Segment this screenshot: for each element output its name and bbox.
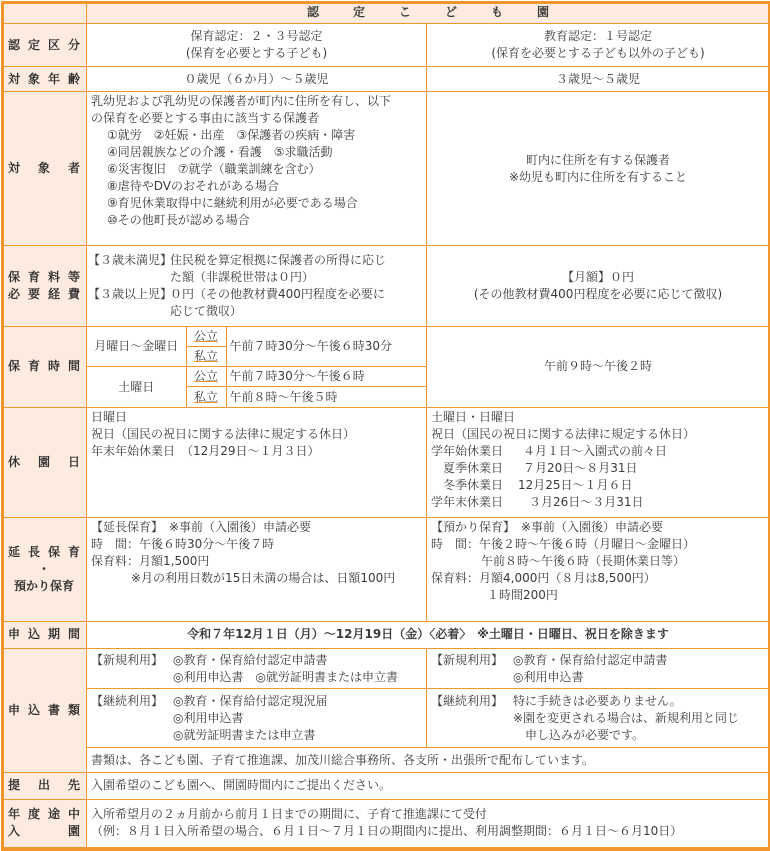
row-label-nendo-tochu: 年 度 途 中 入 園 <box>2 799 87 847</box>
shinki-hoiku: 【新規利用】◎教育・保育給付認定申請書 ◎利用申込書 ◎就労証明書または申立書 <box>87 649 427 689</box>
row-kyuenbi: 休 園 日 日曜日 祝日（国民の祝日に関する法律に規定する休日） 年末年始休業日… <box>2 407 770 518</box>
kyuenbi-hoiku: 日曜日 祝日（国民の祝日に関する法律に規定する休日） 年末年始休業日 （12月2… <box>87 407 427 518</box>
row-encho: 延 長 保 育 ・ 預かり保育 【延長保育】 ※事前（入園後）申請必要 時 間：… <box>2 518 770 621</box>
row-label-taisho-nenrei: 対 象 年 齢 <box>2 67 87 92</box>
header-corner-cell <box>2 2 87 24</box>
azukari-kyoiku: 【預かり保育】 ※事前（入園後）申請必要 時 間：午後２時～午後６時（月曜日～金… <box>427 518 770 621</box>
weekday-time: 午前７時30分～午後６時30分 <box>226 327 426 367</box>
teishutsusaki-value: 入園希望のこども園へ、開園時間内にご提出ください。 <box>87 772 770 799</box>
table-title: 認 定 こ ど も 園 <box>91 4 765 21</box>
weekday-public-label: 公立 <box>186 327 226 347</box>
kyuenbi-kyoiku: 土曜日・日曜日 祝日（国民の祝日に関する法律に規定する休日） 学年始休業日４月１… <box>427 407 770 518</box>
row-hoikuryo: 保 育 料 等 必 要 経 費 【３歳未満児】住民税を算定根拠に保護者の所得に応… <box>2 246 770 326</box>
header-row: 認 定 こ ど も 園 <box>2 2 770 24</box>
taisho-nenrei-kyoiku: ３歳児～５歳児 <box>427 67 770 92</box>
row-taishosha: 対 象 者 乳幼児および乳幼児の保護者が町内に住所を有し、以下 の保育を必要とす… <box>2 92 770 246</box>
row-label-hoiku-jikan: 保 育 時 間 <box>2 326 87 407</box>
row-label-moshikomi-kikan: 申 込 期 間 <box>2 621 87 648</box>
row-taisho-nenrei: 対 象 年 齢 ０歳児（６か月）～５歳児 ３歳児～５歳児 <box>2 67 770 92</box>
row-moshikomi-shorui-keizoku: 【継続利用】◎教育・保育給付認定現況届 ◎利用申込書 ◎就労証明書または申立書 … <box>2 689 770 748</box>
row-label-encho: 延 長 保 育 ・ 預かり保育 <box>2 518 87 621</box>
hoiku-jikan-hoiku: 月曜日～金曜日 公立 午前７時30分～午後６時30分 私立 土曜日 公立 午前７… <box>87 326 427 407</box>
row-label-teishutsusaki: 提 出 先 <box>2 772 87 799</box>
moshikomi-kikan-value: 令和７年12月１日（月）～12月19日（金）〈必着〉 ※土曜日・日曜日、祝日を除… <box>87 621 770 648</box>
header-title-cell: 認 定 こ ど も 園 <box>87 2 770 24</box>
row-nendo-tochu: 年 度 途 中 入 園 入所希望月の２ヵ月前から前月１日までの期間に、子育て推進… <box>2 799 770 847</box>
taishosha-kyoiku: 町内に住所を有する保護者 ※幼児も町内に住所を有すること <box>427 92 770 246</box>
shorui-haifu-note: 書類は、各こども園、子育て推進課、加茂川総合事務所、各支所・出張所で配布していま… <box>87 748 770 772</box>
encho-hoiku: 【延長保育】 ※事前（入園後）申請必要 時 間：午後６時30分～午後７時 保育料… <box>87 518 427 621</box>
keizoku-hoiku: 【継続利用】◎教育・保育給付認定現況届 ◎利用申込書 ◎就労証明書または申立書 <box>87 689 427 748</box>
hoikuryo-hoiku: 【３歳未満児】住民税を算定根拠に保護者の所得に応じ た額（非課税世帯は０円） 【… <box>87 246 427 326</box>
row-nintei-kubun: 認 定 区 分 保育認定：２・３号認定 (保育を必要とする子ども) 教育認定：１… <box>2 24 770 67</box>
row-label-kyuenbi: 休 園 日 <box>2 407 87 518</box>
weekday-label: 月曜日～金曜日 <box>87 327 186 367</box>
row-teishutsusaki: 提 出 先 入園希望のこども園へ、開園時間内にご提出ください。 <box>2 772 770 799</box>
row-hoiku-jikan: 保 育 時 間 月曜日～金曜日 公立 午前７時30分～午後６時30分 私立 土曜… <box>2 326 770 407</box>
kodomoen-info-table: 認 定 こ ど も 園 認 定 区 分 保育認定：２・３号認定 (保育を必要とす… <box>1 1 770 848</box>
weekday-private-label: 私立 <box>186 347 226 367</box>
shinki-kyoiku: 【新規利用】◎教育・保育給付認定申請書 ◎利用申込書 <box>427 649 770 689</box>
saturday-public-label: 公立 <box>186 367 226 387</box>
nintei-kubun-kyoiku: 教育認定：１号認定 (保育を必要とする子ども以外の子ども) <box>427 24 770 67</box>
saturday-public-time: 午前７時30分～午後６時 <box>226 367 426 387</box>
hoiku-jikan-subtable: 月曜日～金曜日 公立 午前７時30分～午後６時30分 私立 土曜日 公立 午前７… <box>87 327 426 407</box>
saturday-private-label: 私立 <box>186 387 226 407</box>
nendo-tochu-value: 入所希望月の２ヵ月前から前月１日までの期間に、子育て推進課にて受付 （例：８月１… <box>87 799 770 847</box>
saturday-label: 土曜日 <box>87 367 186 407</box>
row-moshikomi-shorui-note: 書類は、各こども園、子育て推進課、加茂川総合事務所、各支所・出張所で配布していま… <box>2 748 770 772</box>
row-label-taishosha: 対 象 者 <box>2 92 87 246</box>
saturday-private-time: 午前８時～午後５時 <box>226 387 426 407</box>
taisho-nenrei-hoiku: ０歳児（６か月）～５歳児 <box>87 67 427 92</box>
taishosha-hoiku: 乳幼児および乳幼児の保護者が町内に住所を有し、以下 の保育を必要とする事由に該当… <box>87 92 427 246</box>
row-moshikomi-shorui-shinki: 申 込 書 類 【新規利用】◎教育・保育給付認定申請書 ◎利用申込書 ◎就労証明… <box>2 649 770 689</box>
hoiku-jikan-kyoiku: 午前９時～午後２時 <box>427 326 770 407</box>
row-moshikomi-kikan: 申 込 期 間 令和７年12月１日（月）～12月19日（金）〈必着〉 ※土曜日・… <box>2 621 770 648</box>
row-label-hoikuryo: 保 育 料 等 必 要 経 費 <box>2 246 87 326</box>
hoikuryo-kyoiku: 【月額】０円 (その他教材費400円程度を必要に応じて徴収) <box>427 246 770 326</box>
keizoku-kyoiku: 【継続利用】特に手続きは必要ありません。 ※園を変更される場合は、新規利用と同じ… <box>427 689 770 748</box>
row-label-nintei-kubun: 認 定 区 分 <box>2 24 87 67</box>
row-label-moshikomi-shorui: 申 込 書 類 <box>2 649 87 773</box>
nintei-kubun-hoiku: 保育認定：２・３号認定 (保育を必要とする子ども) <box>87 24 427 67</box>
